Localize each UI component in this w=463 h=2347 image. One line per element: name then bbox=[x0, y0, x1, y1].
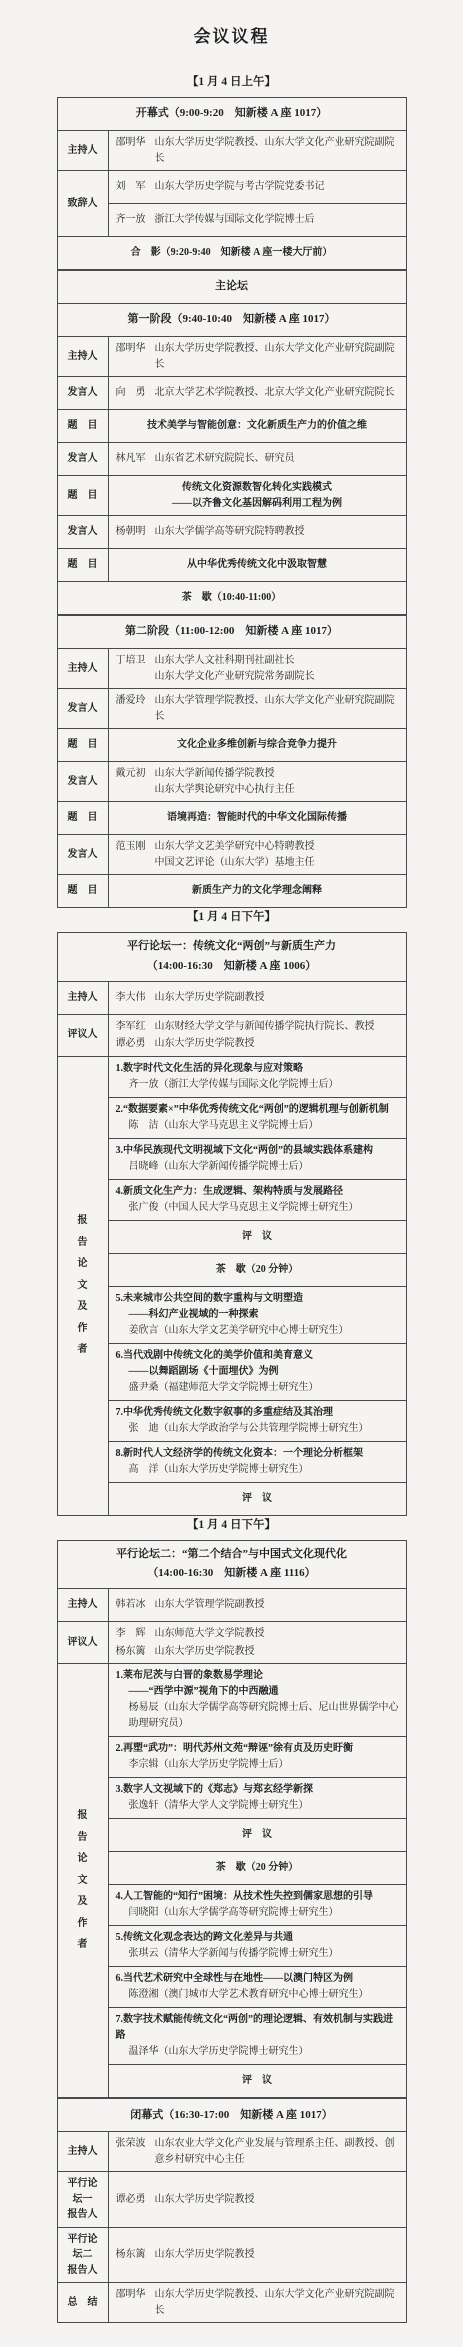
person-name: 杨东篱 bbox=[116, 1644, 146, 1660]
session-header-morning: 【1 月 4 日上午】 bbox=[0, 73, 463, 89]
affiliation-line-1: 山东大学人文社科期刊社副社长 bbox=[155, 653, 399, 669]
forum1-reporter-cell: 谭必勇 山东大学历史学院教授 bbox=[108, 2172, 406, 2228]
topic-label: 题 目 bbox=[57, 875, 108, 908]
page-title: 会议议程 bbox=[0, 22, 463, 47]
closing-header: 闭幕式（16:30-17:00 知新楼 A 座 1017） bbox=[57, 2099, 406, 2132]
table-row: 发言人 戴元初 山东大学新闻传播学院教授 山东大学舆论研究中心执行主任 bbox=[57, 762, 406, 802]
person-affiliation: 山东大学管理学院副教授 bbox=[155, 1597, 399, 1613]
table-row: 6.当代戏剧中传统文化的美学价值和美育意义 ——以舞蹈剧场《十面埋伏》为例 盛尹… bbox=[57, 1343, 406, 1400]
paper-author: 温泽华（山东大学历史学院博士研究生） bbox=[116, 2044, 399, 2060]
tea-break-row: 茶 歇（10:40-11:00） bbox=[57, 582, 406, 615]
paper-item: 5.未来城市公共空间的数字重构与文明塑造 ——科幻产业视域的一种探索 姜欣言（山… bbox=[108, 1286, 406, 1343]
person-name: 杨朝明 bbox=[116, 524, 146, 540]
main-forum-table: 主论坛 第一阶段（9:40-10:40 知新楼 A 座 1017） 主持人 邵明… bbox=[57, 270, 407, 615]
table-row: 评 议 bbox=[57, 1220, 406, 1253]
paper-title: 3.中华民族现代文明视域下文化“两创”的县域实践体系建构 bbox=[116, 1143, 399, 1159]
table-row: 5.传统文化观念表达的跨文化差异与共通 张琪云（清华大学新闻与传播学院博士研究生… bbox=[57, 1926, 406, 1967]
table-row: 评议人 李军红 山东财经大学文学与新闻传播学院执行院长、教授 谭必勇 山东大学历… bbox=[57, 1014, 406, 1056]
person-affiliation: 浙江大学传媒与国际文化学院博士后 bbox=[155, 212, 399, 228]
greeting-cell-2: 齐一放 浙江大学传媒与国际文化学院博士后 bbox=[108, 204, 406, 237]
paper-author: 姜欣言（山东大学文艺美学研究中心博士研究生） bbox=[116, 1323, 399, 1339]
table-row: 3.中华民族现代文明视域下文化“两创”的县域实践体系建构 吕晓峰（山东大学新闻传… bbox=[57, 1138, 406, 1179]
forum2-header: 平行论坛二：“第二个结合”与中国式文化现代化 （14:00-16:30 知新楼 … bbox=[57, 1540, 406, 1589]
topic-cell: 新质生产力的文化学理念阐释 bbox=[108, 875, 406, 908]
table-row: 报告论文及作者 1.莱布尼茨与白晋的象数易学理论 ——“西学中源”视角下的中西融… bbox=[57, 1664, 406, 1737]
person-name: 丁培卫 bbox=[116, 653, 146, 684]
tea-break-row: 茶 歇（20 分钟） bbox=[108, 1253, 406, 1286]
person-affiliation: 山东大学历史学院教授 bbox=[155, 1644, 399, 1660]
topic-label: 题 目 bbox=[57, 549, 108, 582]
person: 林凡军 山东省艺术研究院院长、研究员 bbox=[116, 451, 399, 467]
paper-title: 2.“数据要素×”中华优秀传统文化“两创”的逻辑机理与创新机制 bbox=[116, 1102, 399, 1118]
paper-item: 1.数字时代文化生活的异化现象与应对策略 齐一放（浙江大学传媒与国际文化学院博士… bbox=[108, 1056, 406, 1097]
person: 范玉刚 山东大学文艺美学研究中心特聘教授 中国文艺评论（山东大学）基地主任 bbox=[116, 839, 399, 870]
table-row: 第一阶段（9:40-10:40 知新楼 A 座 1017） bbox=[57, 304, 406, 337]
summary-label: 总 结 bbox=[57, 2283, 108, 2323]
speaker-cell: 范玉刚 山东大学文艺美学研究中心特聘教授 中国文艺评论（山东大学）基地主任 bbox=[108, 835, 406, 875]
paper-title: 1.数字时代文化生活的异化现象与应对策略 bbox=[116, 1061, 399, 1077]
person: 戴元初 山东大学新闻传播学院教授 山东大学舆论研究中心执行主任 bbox=[116, 766, 399, 797]
stage1-header: 第一阶段（9:40-10:40 知新楼 A 座 1017） bbox=[57, 304, 406, 337]
affiliation-line-1: 山东大学新闻传播学院教授 bbox=[155, 766, 399, 782]
table-row: 第二阶段（11:00-12:00 知新楼 A 座 1017） bbox=[57, 616, 406, 649]
table-row: 茶 歇（20 分钟） bbox=[57, 1253, 406, 1286]
forum1-reporter-label: 平行论坛一 报告人 bbox=[57, 2172, 108, 2228]
person: 谭必勇 山东大学历史学院教授 bbox=[116, 1036, 399, 1052]
forum2-table: 平行论坛二：“第二个结合”与中国式文化现代化 （14:00-16:30 知新楼 … bbox=[57, 1540, 407, 2099]
person-name: 潘爱玲 bbox=[116, 693, 146, 724]
reviewer-cell: 李军红 山东财经大学文学与新闻传播学院执行院长、教授 谭必勇 山东大学历史学院教… bbox=[108, 1014, 406, 1056]
paper-title: 4.人工智能的“知行”困境：从技术性失控到儒家思想的引导 bbox=[116, 1889, 399, 1905]
person-affiliation: 山东大学历史学院教授、山东大学文化产业研究院副院长 bbox=[155, 341, 399, 372]
forum2-title: 平行论坛二：“第二个结合”与中国式文化现代化 bbox=[65, 1545, 399, 1565]
topic-cell: 传统文化资源数智化转化实践模式 ——以齐鲁文化基因解码利用工程为例 bbox=[108, 476, 406, 516]
paper-item: 3.数字人文视域下的《郑志》与郑玄经学新探 张逸轩（清华大学人文学院博士研究生） bbox=[108, 1778, 406, 1819]
host-label: 主持人 bbox=[57, 649, 108, 689]
table-row: 发言人 潘爱玲 山东大学管理学院教授、山东大学文化产业研究院副院长 bbox=[57, 689, 406, 729]
table-row: 闭幕式（16:30-17:00 知新楼 A 座 1017） bbox=[57, 2099, 406, 2132]
topic-label: 题 目 bbox=[57, 729, 108, 762]
table-row: 7.中华优秀传统文化数字叙事的多重症结及其治理 张 迪（山东大学政治学与公共管理… bbox=[57, 1400, 406, 1441]
speaker-cell: 杨朝明 山东大学儒学高等研究院特聘教授 bbox=[108, 516, 406, 549]
table-row: 主持人 李大伟 山东大学历史学院副教授 bbox=[57, 981, 406, 1014]
table-row: 主持人 邵明华 山东大学历史学院教授、山东大学文化产业研究院副院长 bbox=[57, 131, 406, 171]
paper-author: 陈 洁（山东大学马克思主义学院博士后） bbox=[116, 1118, 399, 1134]
affiliation-line-2: 中国文艺评论（山东大学）基地主任 bbox=[155, 855, 399, 871]
paper-author: 张琪云（清华大学新闻与传播学院博士研究生） bbox=[116, 1946, 399, 1962]
person: 李军红 山东财经大学文学与新闻传播学院执行院长、教授 bbox=[116, 1019, 399, 1035]
topic-cell: 从中华优秀传统文化中汲取智慧 bbox=[108, 549, 406, 582]
paper-item: 3.中华民族现代文明视域下文化“两创”的县域实践体系建构 吕晓峰（山东大学新闻传… bbox=[108, 1138, 406, 1179]
papers-label: 报告论文及作者 bbox=[57, 1664, 108, 2098]
person-name: 张荣波 bbox=[116, 2136, 146, 2167]
person-affiliation: 山东大学人文社科期刊社副社长 山东大学文化产业研究院常务副院长 bbox=[155, 653, 399, 684]
person-name: 谭必勇 bbox=[116, 2192, 146, 2208]
papers-label: 报告论文及作者 bbox=[57, 1056, 108, 1515]
person-affiliation: 山东大学历史学院教授 bbox=[155, 1036, 399, 1052]
review-row: 评 议 bbox=[108, 1819, 406, 1852]
paper-title: 4.新质文化生产力：生成逻辑、架构特质与发展路径 bbox=[116, 1184, 399, 1200]
person: 邵明华 山东大学历史学院教授、山东大学文化产业研究院副院长 bbox=[116, 341, 399, 372]
person: 邵明华 山东大学历史学院教授、山东大学文化产业研究院副院长 bbox=[116, 135, 399, 166]
table-row: 题 目 技术美学与智能创意：文化新质生产力的价值之维 bbox=[57, 410, 406, 443]
person-name: 邵明华 bbox=[116, 2287, 146, 2318]
person: 向 勇 北京大学艺术学院教授、北京大学文化产业研究院院长 bbox=[116, 385, 399, 401]
table-row: 评 议 bbox=[57, 1819, 406, 1852]
session-header-afternoon-1: 【1 月 4 日下午】 bbox=[0, 908, 463, 924]
person: 杨东篱 山东大学历史学院教授 bbox=[116, 2247, 399, 2263]
paper-author: 盛尹桑（福建师范大学文学院博士研究生） bbox=[116, 1380, 399, 1396]
person-affiliation: 山东省艺术研究院院长、研究员 bbox=[155, 451, 399, 467]
table-row: 题 目 新质生产力的文化学理念阐释 bbox=[57, 875, 406, 908]
greeting-cell-1: 刘 军 山东大学历史学院与考古学院党委书记 bbox=[108, 171, 406, 204]
person-affiliation: 山东大学历史学院与考古学院党委书记 bbox=[155, 179, 399, 195]
speaker-label: 发言人 bbox=[57, 762, 108, 802]
paper-title: 7.数字技术赋能传统文化“两创”的理论逻辑、有效机制与实践进路 bbox=[116, 2012, 399, 2044]
person-name: 范玉刚 bbox=[116, 839, 146, 870]
topic-cell: 技术美学与智能创意：文化新质生产力的价值之维 bbox=[108, 410, 406, 443]
topic-label: 题 目 bbox=[57, 476, 108, 516]
host-cell: 邵明华 山东大学历史学院教授、山东大学文化产业研究院副院长 bbox=[108, 131, 406, 171]
paper-item: 4.新质文化生产力：生成逻辑、架构特质与发展路径 张广俊（中国人民大学马克思主义… bbox=[108, 1179, 406, 1220]
summary-cell: 邵明华 山东大学历史学院教授、山东大学文化产业研究院副院长 bbox=[108, 2283, 406, 2323]
group-photo-row: 合 影（9:20-9:40 知新楼 A 座一楼大厅前） bbox=[57, 237, 406, 270]
speaker-cell: 潘爱玲 山东大学管理学院教授、山东大学文化产业研究院副院长 bbox=[108, 689, 406, 729]
table-row: 报告论文及作者 1.数字时代文化生活的异化现象与应对策略 齐一放（浙江大学传媒与… bbox=[57, 1056, 406, 1097]
paper-subtitle: ——“西学中源”视角下的中西融通 bbox=[116, 1684, 399, 1700]
stage2-header: 第二阶段（11:00-12:00 知新楼 A 座 1017） bbox=[57, 616, 406, 649]
table-row: 主持人 丁培卫 山东大学人文社科期刊社副社长 山东大学文化产业研究院常务副院长 bbox=[57, 649, 406, 689]
table-row: 平行论坛二 报告人 杨东篱 山东大学历史学院教授 bbox=[57, 2227, 406, 2283]
paper-author: 齐一放（浙江大学传媒与国际文化学院博士后） bbox=[116, 1077, 399, 1093]
tea-break-row: 茶 歇（20 分钟） bbox=[108, 1852, 406, 1885]
speaker-label: 发言人 bbox=[57, 835, 108, 875]
paper-item: 1.莱布尼茨与白晋的象数易学理论 ——“西学中源”视角下的中西融通 杨易辰（山东… bbox=[108, 1664, 406, 1737]
paper-author: 张广俊（中国人民大学马克思主义学院博士研究生） bbox=[116, 1200, 399, 1216]
person: 邵明华 山东大学历史学院教授、山东大学文化产业研究院副院长 bbox=[116, 2287, 399, 2318]
table-row: 3.数字人文视域下的《郑志》与郑玄经学新探 张逸轩（清华大学人文学院博士研究生） bbox=[57, 1778, 406, 1819]
paper-item: 6.当代戏剧中传统文化的美学价值和美育意义 ——以舞蹈剧场《十面埋伏》为例 盛尹… bbox=[108, 1343, 406, 1400]
table-row: 齐一放 浙江大学传媒与国际文化学院博士后 bbox=[57, 204, 406, 237]
person-affiliation: 北京大学艺术学院教授、北京大学文化产业研究院院长 bbox=[155, 385, 399, 401]
person-affiliation: 山东大学历史学院教授、山东大学文化产业研究院副院长 bbox=[155, 135, 399, 166]
affiliation-line-2: 山东大学舆论研究中心执行主任 bbox=[155, 782, 399, 798]
opening-header: 开幕式（9:00-9:20 知新楼 A 座 1017） bbox=[57, 98, 406, 131]
host-label: 主持人 bbox=[57, 337, 108, 377]
affiliation-line-1: 山东大学文艺美学研究中心特聘教授 bbox=[155, 839, 399, 855]
paper-author: 李宗辑（山东大学历史学院博士后） bbox=[116, 1757, 399, 1773]
main-forum-header: 主论坛 bbox=[57, 271, 406, 304]
forum1-header: 平行论坛一：传统文化“两创”与新质生产力 （14:00-16:30 知新楼 A … bbox=[57, 933, 406, 982]
topic-line-2: ——以齐鲁文化基因解码利用工程为例 bbox=[116, 496, 399, 512]
person-affiliation: 山东大学历史学院教授、山东大学文化产业研究院副院长 bbox=[155, 2287, 399, 2318]
table-row: 平行论坛一：传统文化“两创”与新质生产力 （14:00-16:30 知新楼 A … bbox=[57, 933, 406, 982]
paper-title: 6.当代戏剧中传统文化的美学价值和美育意义 bbox=[116, 1348, 399, 1364]
table-row: 7.数字技术赋能传统文化“两创”的理论逻辑、有效机制与实践进路 温泽华（山东大学… bbox=[57, 2008, 406, 2065]
table-row: 平行论坛二：“第二个结合”与中国式文化现代化 （14:00-16:30 知新楼 … bbox=[57, 1540, 406, 1589]
host-label: 主持人 bbox=[57, 131, 108, 171]
person-name: 李 辉 bbox=[116, 1626, 146, 1642]
stage2-table: 第二阶段（11:00-12:00 知新楼 A 座 1017） 主持人 丁培卫 山… bbox=[57, 615, 407, 908]
table-row: 评议人 李 辉 山东师范大学文学院教授 杨东篱 山东大学历史学院教授 bbox=[57, 1622, 406, 1664]
topic-line-1: 传统文化资源数智化转化实践模式 bbox=[116, 480, 399, 496]
paper-item: 2.再塑“武功”：明代苏州文苑“辩诬”徐有贞及历史盱衡 李宗辑（山东大学历史学院… bbox=[108, 1737, 406, 1778]
review-row: 评 议 bbox=[108, 1220, 406, 1253]
paper-title: 2.再塑“武功”：明代苏州文苑“辩诬”徐有贞及历史盱衡 bbox=[116, 1741, 399, 1757]
table-row: 致辞人 刘 军 山东大学历史学院与考古学院党委书记 bbox=[57, 171, 406, 204]
speaker-cell: 戴元初 山东大学新闻传播学院教授 山东大学舆论研究中心执行主任 bbox=[108, 762, 406, 802]
review-row: 评 议 bbox=[108, 2065, 406, 2098]
person-name: 刘 军 bbox=[116, 179, 146, 195]
speaker-label: 发言人 bbox=[57, 689, 108, 729]
paper-author: 高 洋（山东大学历史学院博士研究生） bbox=[116, 1462, 399, 1478]
table-row: 5.未来城市公共空间的数字重构与文明塑造 ——科幻产业视域的一种探索 姜欣言（山… bbox=[57, 1286, 406, 1343]
reviewer-cell: 李 辉 山东师范大学文学院教授 杨东篱 山东大学历史学院教授 bbox=[108, 1622, 406, 1664]
paper-author: 吕晓峰（山东大学新闻传播学院博士后） bbox=[116, 1159, 399, 1175]
person: 谭必勇 山东大学历史学院教授 bbox=[116, 2192, 399, 2208]
table-row: 茶 歇（20 分钟） bbox=[57, 1852, 406, 1885]
host-label: 主持人 bbox=[57, 981, 108, 1014]
forum2-reporter-label: 平行论坛二 报告人 bbox=[57, 2227, 108, 2283]
paper-title: 3.数字人文视域下的《郑志》与郑玄经学新探 bbox=[116, 1782, 399, 1798]
forum2-reporter-cell: 杨东篱 山东大学历史学院教授 bbox=[108, 2227, 406, 2283]
table-row: 主持人 邵明华 山东大学历史学院教授、山东大学文化产业研究院副院长 bbox=[57, 337, 406, 377]
table-row: 4.新质文化生产力：生成逻辑、架构特质与发展路径 张广俊（中国人民大学马克思主义… bbox=[57, 1179, 406, 1220]
table-row: 主持人 韩若冰 山东大学管理学院副教授 bbox=[57, 1589, 406, 1622]
reviewer-label: 评议人 bbox=[57, 1622, 108, 1664]
topic-label: 题 目 bbox=[57, 802, 108, 835]
person-name: 戴元初 bbox=[116, 766, 146, 797]
host-cell: 邵明华 山东大学历史学院教授、山东大学文化产业研究院副院长 bbox=[108, 337, 406, 377]
table-row: 题 目 从中华优秀传统文化中汲取智慧 bbox=[57, 549, 406, 582]
person-name: 李军红 bbox=[116, 1019, 146, 1035]
speaker-cell: 向 勇 北京大学艺术学院教授、北京大学文化产业研究院院长 bbox=[108, 377, 406, 410]
table-row: 总 结 邵明华 山东大学历史学院教授、山东大学文化产业研究院副院长 bbox=[57, 2283, 406, 2323]
table-row: 茶 歇（10:40-11:00） bbox=[57, 582, 406, 615]
host-cell: 张荣波 山东农业大学文化产业发展与管理系主任、副教授、创意乡村研究中心主任 bbox=[108, 2132, 406, 2172]
paper-item: 6.当代艺术研究中全球性与在地性——以澳门特区为例 陈澄湘（澳门城市大学艺术教育… bbox=[108, 1967, 406, 2008]
person-name: 邵明华 bbox=[116, 135, 146, 166]
paper-title: 5.未来城市公共空间的数字重构与文明塑造 bbox=[116, 1291, 399, 1307]
table-row: 题 目 文化企业多维创新与综合竞争力提升 bbox=[57, 729, 406, 762]
topic-label: 题 目 bbox=[57, 410, 108, 443]
person: 李 辉 山东师范大学文学院教授 bbox=[116, 1626, 399, 1642]
table-row: 发言人 杨朝明 山东大学儒学高等研究院特聘教授 bbox=[57, 516, 406, 549]
paper-item: 2.“数据要素×”中华优秀传统文化“两创”的逻辑机理与创新机制 陈 洁（山东大学… bbox=[108, 1097, 406, 1138]
session-header-afternoon-2: 【1 月 4 日下午】 bbox=[0, 1516, 463, 1532]
person-name: 李大伟 bbox=[116, 990, 146, 1006]
table-row: 8.新时代人文经济学的传统文化资本：一个理论分析框架 高 洋（山东大学历史学院博… bbox=[57, 1441, 406, 1482]
person-name: 谭必勇 bbox=[116, 1036, 146, 1052]
paper-item: 7.数字技术赋能传统文化“两创”的理论逻辑、有效机制与实践进路 温泽华（山东大学… bbox=[108, 2008, 406, 2065]
paper-author: 张 迪（山东大学政治学与公共管理学院博士研究生） bbox=[116, 1421, 399, 1437]
person: 张荣波 山东农业大学文化产业发展与管理系主任、副教授、创意乡村研究中心主任 bbox=[116, 2136, 399, 2167]
paper-title: 7.中华优秀传统文化数字叙事的多重症结及其治理 bbox=[116, 1405, 399, 1421]
paper-item: 5.传统文化观念表达的跨文化差异与共通 张琪云（清华大学新闻与传播学院博士研究生… bbox=[108, 1926, 406, 1967]
host-label: 主持人 bbox=[57, 2132, 108, 2172]
table-row: 发言人 范玉刚 山东大学文艺美学研究中心特聘教授 中国文艺评论（山东大学）基地主… bbox=[57, 835, 406, 875]
person: 杨东篱 山东大学历史学院教授 bbox=[116, 1644, 399, 1660]
table-row: 题 目 语境再造：智能时代的中华文化国际传播 bbox=[57, 802, 406, 835]
person-name: 韩若冰 bbox=[116, 1597, 146, 1613]
review-row: 评 议 bbox=[108, 1482, 406, 1515]
speaker-label: 发言人 bbox=[57, 516, 108, 549]
table-row: 发言人 向 勇 北京大学艺术学院教授、北京大学文化产业研究院院长 bbox=[57, 377, 406, 410]
table-row: 2.再塑“武功”：明代苏州文苑“辩诬”徐有贞及历史盱衡 李宗辑（山东大学历史学院… bbox=[57, 1737, 406, 1778]
forum1-time-room: （14:00-16:30 知新楼 A 座 1006） bbox=[65, 957, 399, 977]
paper-author: 杨易辰（山东大学儒学高等研究院博士后、尼山世界儒学中心助理研究员） bbox=[116, 1700, 399, 1732]
topic-cell: 文化企业多维创新与综合竞争力提升 bbox=[108, 729, 406, 762]
forum1-table: 平行论坛一：传统文化“两创”与新质生产力 （14:00-16:30 知新楼 A … bbox=[57, 932, 407, 1516]
person: 潘爱玲 山东大学管理学院教授、山东大学文化产业研究院副院长 bbox=[116, 693, 399, 724]
person-affiliation: 山东大学文艺美学研究中心特聘教授 中国文艺评论（山东大学）基地主任 bbox=[155, 839, 399, 870]
paper-subtitle: ——以舞蹈剧场《十面埋伏》为例 bbox=[116, 1364, 399, 1380]
person-affiliation: 山东师范大学文学院教授 bbox=[155, 1626, 399, 1642]
table-row: 主持人 张荣波 山东农业大学文化产业发展与管理系主任、副教授、创意乡村研究中心主… bbox=[57, 2132, 406, 2172]
closing-table: 闭幕式（16:30-17:00 知新楼 A 座 1017） 主持人 张荣波 山东… bbox=[57, 2098, 407, 2323]
paper-author: 闫晓阳（山东大学儒学高等研究院博士研究生） bbox=[116, 1905, 399, 1921]
forum1-title: 平行论坛一：传统文化“两创”与新质生产力 bbox=[65, 937, 399, 957]
person-affiliation: 山东财经大学文学与新闻传播学院执行院长、教授 bbox=[155, 1019, 399, 1035]
person-name: 向 勇 bbox=[116, 385, 146, 401]
paper-item: 8.新时代人文经济学的传统文化资本：一个理论分析框架 高 洋（山东大学历史学院博… bbox=[108, 1441, 406, 1482]
paper-item: 4.人工智能的“知行”困境：从技术性失控到儒家思想的引导 闫晓阳（山东大学儒学高… bbox=[108, 1885, 406, 1926]
speaker-cell: 林凡军 山东省艺术研究院院长、研究员 bbox=[108, 443, 406, 476]
speaker-label: 发言人 bbox=[57, 443, 108, 476]
person-name: 林凡军 bbox=[116, 451, 146, 467]
table-row: 发言人 林凡军 山东省艺术研究院院长、研究员 bbox=[57, 443, 406, 476]
person: 韩若冰 山东大学管理学院副教授 bbox=[116, 1597, 399, 1613]
paper-subtitle: ——科幻产业视域的一种探索 bbox=[116, 1307, 399, 1323]
table-row: 开幕式（9:00-9:20 知新楼 A 座 1017） bbox=[57, 98, 406, 131]
table-row: 4.人工智能的“知行”困境：从技术性失控到儒家思想的引导 闫晓阳（山东大学儒学高… bbox=[57, 1885, 406, 1926]
person: 刘 军 山东大学历史学院与考古学院党委书记 bbox=[116, 179, 399, 195]
forum2-time-room: （14:00-16:30 知新楼 A 座 1116） bbox=[65, 1564, 399, 1584]
paper-title: 6.当代艺术研究中全球性与在地性——以澳门特区为例 bbox=[116, 1971, 399, 1987]
host-cell: 丁培卫 山东大学人文社科期刊社副社长 山东大学文化产业研究院常务副院长 bbox=[108, 649, 406, 689]
paper-author: 张逸轩（清华大学人文学院博士研究生） bbox=[116, 1798, 399, 1814]
person-affiliation: 山东农业大学文化产业发展与管理系主任、副教授、创意乡村研究中心主任 bbox=[155, 2136, 399, 2167]
table-row: 评 议 bbox=[57, 1482, 406, 1515]
topic-cell: 语境再造：智能时代的中华文化国际传播 bbox=[108, 802, 406, 835]
paper-author: 陈澄湘（澳门城市大学艺术教育研究中心博士研究生） bbox=[116, 1987, 399, 2003]
person-affiliation: 山东大学历史学院副教授 bbox=[155, 990, 399, 1006]
person: 齐一放 浙江大学传媒与国际文化学院博士后 bbox=[116, 212, 399, 228]
table-row: 平行论坛一 报告人 谭必勇 山东大学历史学院教授 bbox=[57, 2172, 406, 2228]
opening-table: 开幕式（9:00-9:20 知新楼 A 座 1017） 主持人 邵明华 山东大学… bbox=[57, 97, 407, 270]
person-name: 杨东篱 bbox=[116, 2247, 146, 2263]
person-name: 邵明华 bbox=[116, 341, 146, 372]
person-affiliation: 山东大学历史学院教授 bbox=[155, 2247, 399, 2263]
paper-title: 5.传统文化观念表达的跨文化差异与共通 bbox=[116, 1930, 399, 1946]
table-row: 主论坛 bbox=[57, 271, 406, 304]
person-affiliation: 山东大学新闻传播学院教授 山东大学舆论研究中心执行主任 bbox=[155, 766, 399, 797]
agenda-page: 会议议程 【1 月 4 日上午】 开幕式（9:00-9:20 知新楼 A 座 1… bbox=[0, 0, 463, 2347]
paper-title: 1.莱布尼茨与白晋的象数易学理论 bbox=[116, 1668, 399, 1684]
host-cell: 李大伟 山东大学历史学院副教授 bbox=[108, 981, 406, 1014]
speaker-label: 发言人 bbox=[57, 377, 108, 410]
person: 丁培卫 山东大学人文社科期刊社副社长 山东大学文化产业研究院常务副院长 bbox=[116, 653, 399, 684]
paper-item: 7.中华优秀传统文化数字叙事的多重症结及其治理 张 迪（山东大学政治学与公共管理… bbox=[108, 1400, 406, 1441]
table-row: 评 议 bbox=[57, 2065, 406, 2098]
affiliation-line-2: 山东大学文化产业研究院常务副院长 bbox=[155, 669, 399, 685]
person-affiliation: 山东大学儒学高等研究院特聘教授 bbox=[155, 524, 399, 540]
host-cell: 韩若冰 山东大学管理学院副教授 bbox=[108, 1589, 406, 1622]
reviewer-label: 评议人 bbox=[57, 1014, 108, 1056]
table-row: 6.当代艺术研究中全球性与在地性——以澳门特区为例 陈澄湘（澳门城市大学艺术教育… bbox=[57, 1967, 406, 2008]
table-row: 2.“数据要素×”中华优秀传统文化“两创”的逻辑机理与创新机制 陈 洁（山东大学… bbox=[57, 1097, 406, 1138]
greeting-label: 致辞人 bbox=[57, 171, 108, 237]
person-affiliation: 山东大学管理学院教授、山东大学文化产业研究院副院长 bbox=[155, 693, 399, 724]
paper-title: 8.新时代人文经济学的传统文化资本：一个理论分析框架 bbox=[116, 1446, 399, 1462]
host-label: 主持人 bbox=[57, 1589, 108, 1622]
person: 李大伟 山东大学历史学院副教授 bbox=[116, 990, 399, 1006]
table-row: 合 影（9:20-9:40 知新楼 A 座一楼大厅前） bbox=[57, 237, 406, 270]
person-affiliation: 山东大学历史学院教授 bbox=[155, 2192, 399, 2208]
person-name: 齐一放 bbox=[116, 212, 146, 228]
person: 杨朝明 山东大学儒学高等研究院特聘教授 bbox=[116, 524, 399, 540]
table-row: 题 目 传统文化资源数智化转化实践模式 ——以齐鲁文化基因解码利用工程为例 bbox=[57, 476, 406, 516]
